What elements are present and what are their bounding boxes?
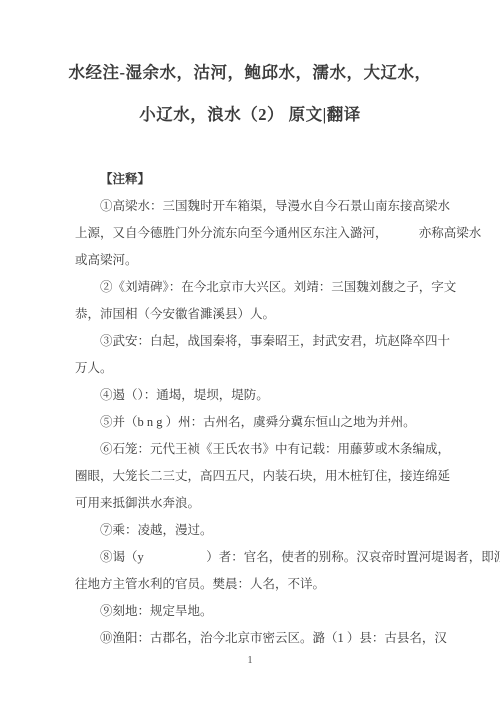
title-line-1: 水经注-湿余水，沽河，鲍邱水，濡水，大辽水，: [38, 52, 462, 94]
title-line-2: 小辽水，浪水（2） 原文|翻译: [38, 94, 462, 136]
note-1-line-3: 或高梁河。: [75, 247, 500, 274]
note-8-line-2: 往地方主管水利的官员。樊晨：人名，不详。: [75, 571, 500, 598]
note-6-line-3: 可用来抵御洪水奔浪。: [75, 490, 500, 517]
note-4-line-1: ④遏（）：通堨，堤坝，堤防。: [75, 382, 500, 409]
note-3-line-1: ③武安：白起，战国秦将，事秦昭王，封武安君，坑赵降卒四十: [75, 328, 500, 355]
note-10-line-1: ⑩渔阳：古郡名，治今北京市密云区。潞（1 ）县：古县名，汉: [75, 625, 500, 652]
note-1-line-2: 上源，又自今德胜门外分流东向至今通州区东注入潞河， 亦称高梁水: [75, 220, 500, 247]
document-page: 水经注-湿余水，沽河，鲍邱水，濡水，大辽水， 小辽水，浪水（2） 原文|翻译 【…: [0, 0, 500, 708]
note-9-line-1: ⑨刻地：规定旱地。: [75, 598, 500, 625]
annotations-list: ①高梁水：三国魏时开车箱渠，导漫水自今石景山南东接高梁水上源，又自今德胜门外分流…: [75, 193, 500, 652]
note-1-line-1: ①高梁水：三国魏时开车箱渠，导漫水自今石景山南东接高梁水: [75, 193, 500, 220]
note-2-line-2: 恭，沛国相（今安徽省濉溪县）人。: [75, 301, 500, 328]
note-6-line-2: 圈眼，大笼长二三丈，高四五尺，内装石块，用木桩钉住，接连绵延: [75, 463, 500, 490]
note-5-line-1: ⑤并（b n g ）州：古州名，虞舜分冀东恒山之地为并州。: [75, 409, 500, 436]
note-3-line-2: 万人。: [75, 355, 500, 382]
page-number: 1: [0, 655, 500, 666]
note-6-line-1: ⑥石笼：元代王祯《王氏农书》中有记载：用藤萝或木条编成，: [75, 436, 500, 463]
document-body: 【注释】 ①高梁水：三国魏时开车箱渠，导漫水自今石景山南东接高梁水上源，又自今德…: [75, 166, 500, 652]
annotations-header: 【注释】: [75, 166, 500, 193]
note-2-line-1: ②《刘靖碑》：在今北京市大兴区。刘靖：三国魏刘馥之子，字文: [75, 274, 500, 301]
note-8-line-1: ⑧谒（y ）者：官名，使者的别称。汉哀帝时置河堤谒者，即派: [75, 544, 500, 571]
note-7-line-1: ⑦乘：凌越，漫过。: [75, 517, 500, 544]
document-title: 水经注-湿余水，沽河，鲍邱水，濡水，大辽水， 小辽水，浪水（2） 原文|翻译: [38, 52, 462, 136]
